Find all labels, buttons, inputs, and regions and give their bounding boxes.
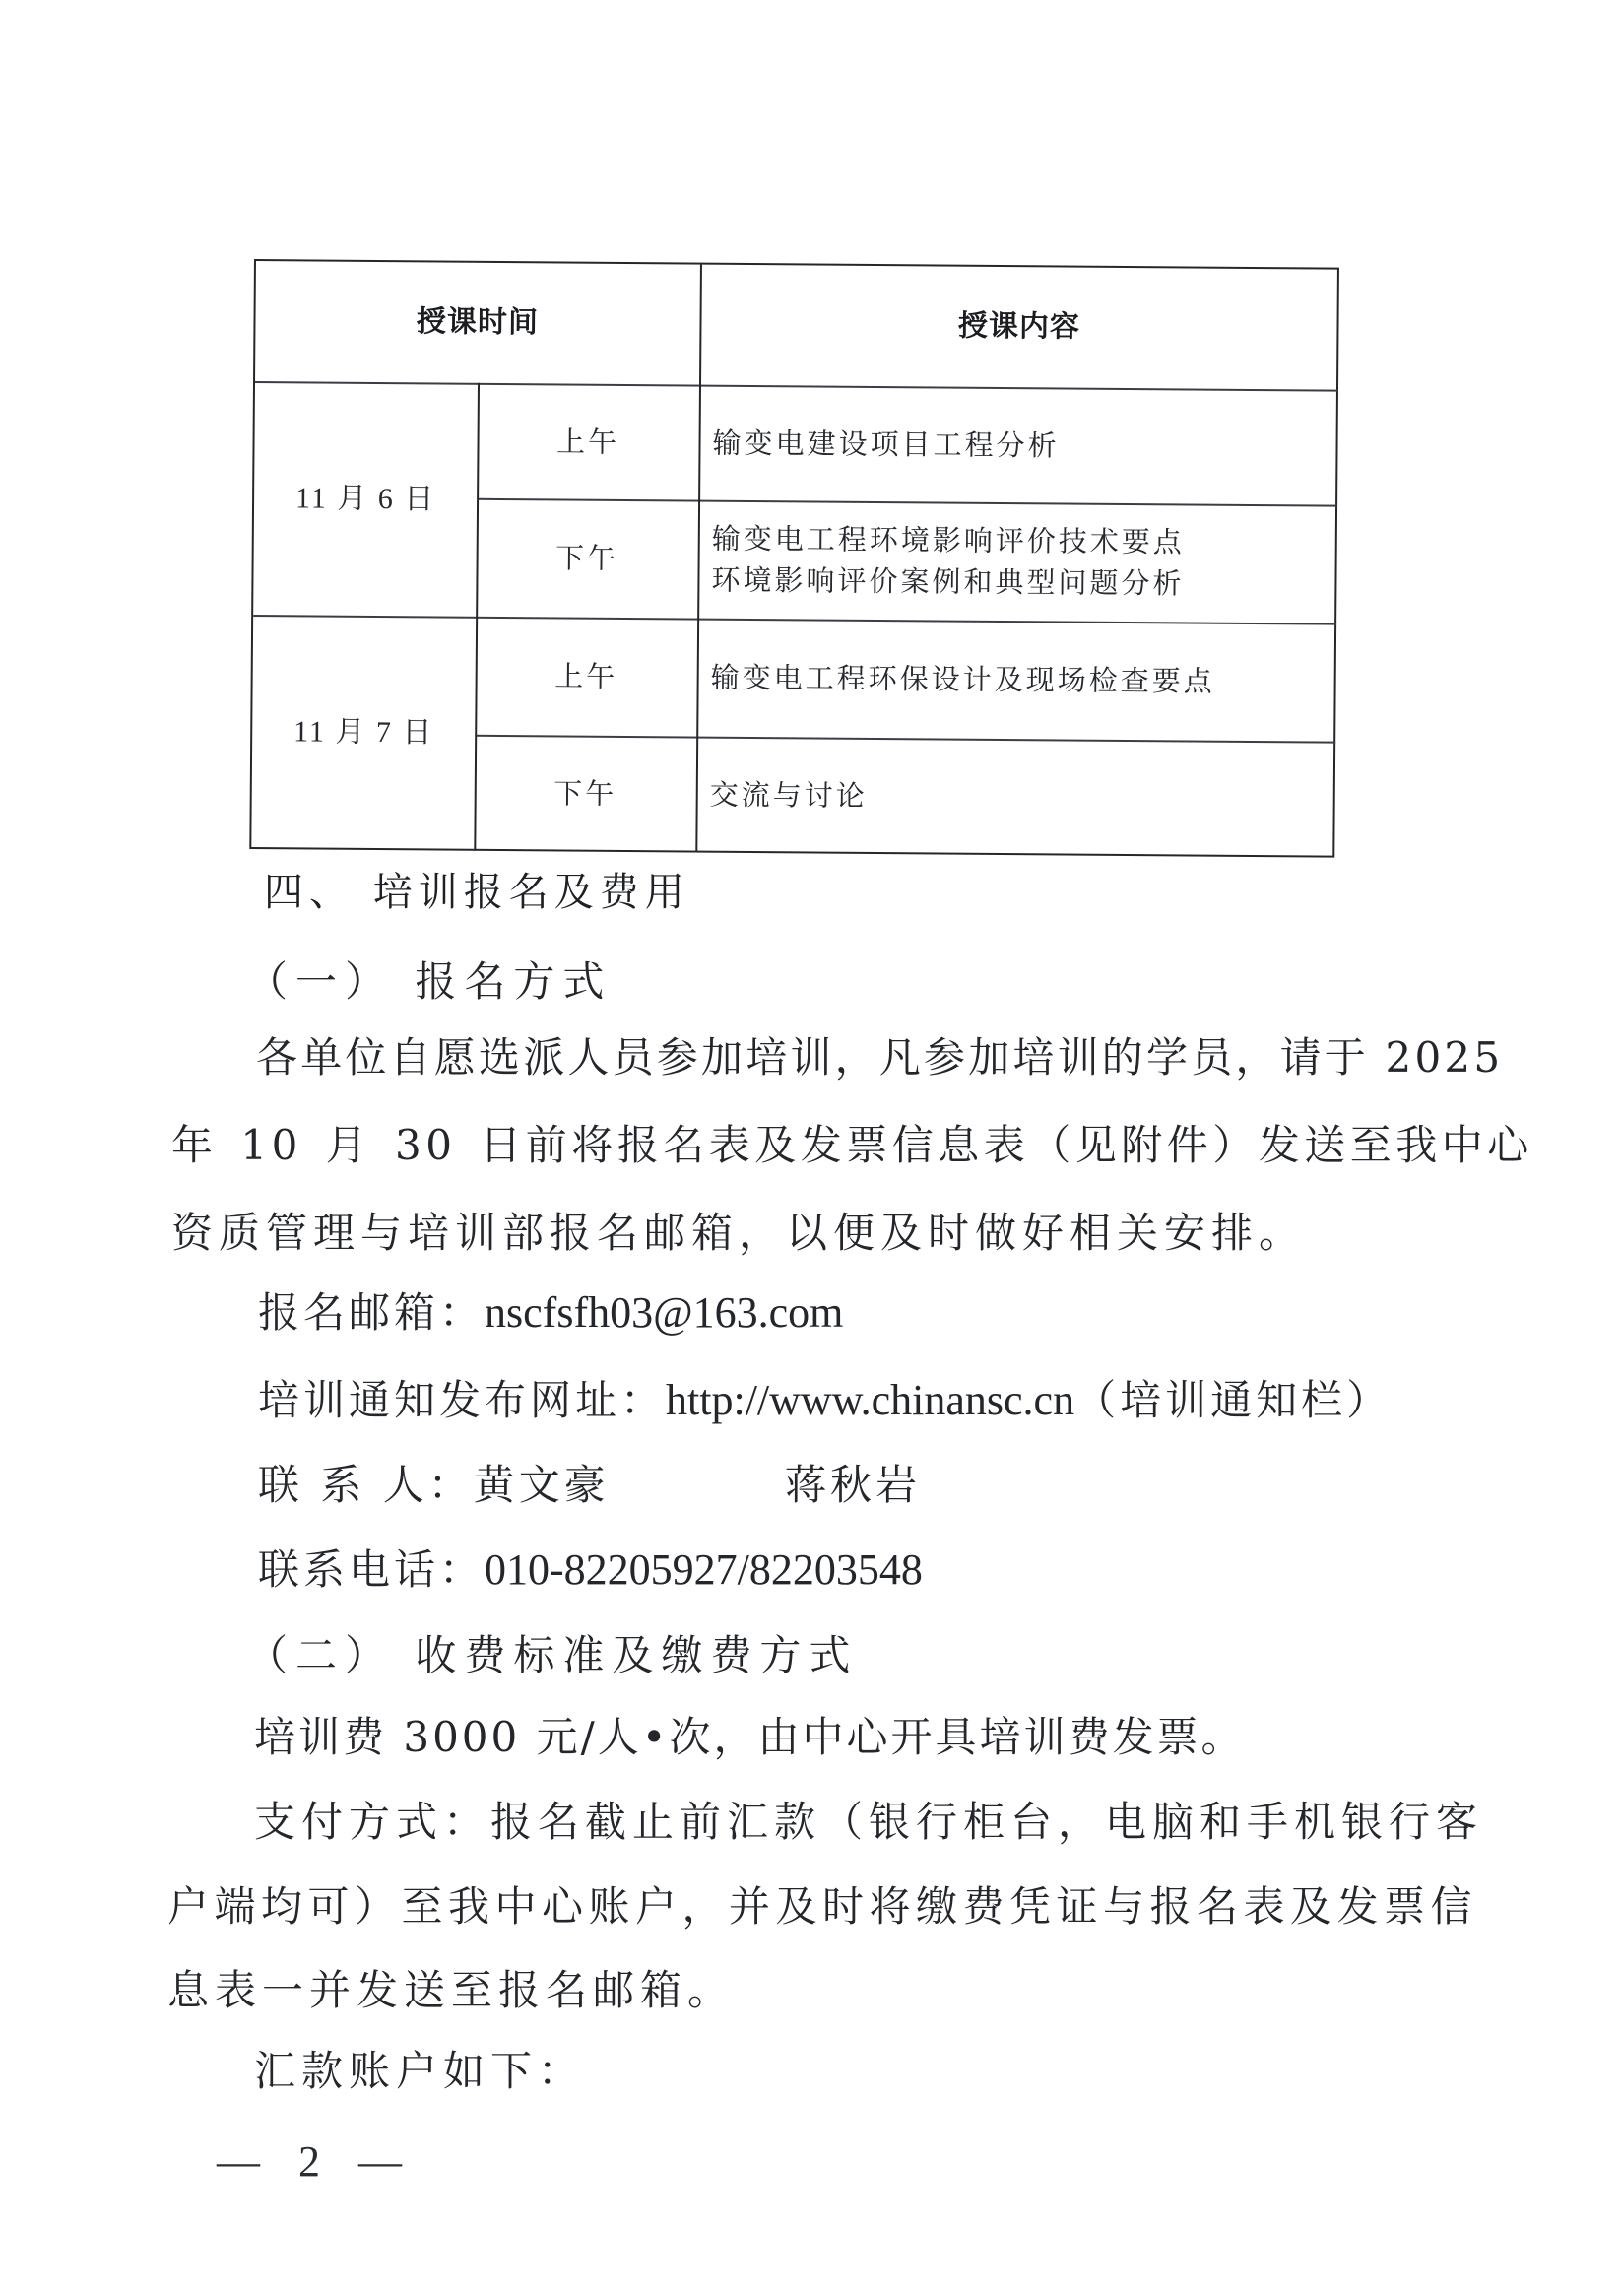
session-content: 输变电工程环境影响评价技术要点 — [712, 518, 1185, 563]
period-label: 下午 — [553, 772, 616, 815]
section-heading: 四、 培训报名及费用 — [264, 868, 690, 917]
fee-text: 培训费 3000 元/人•次，由中心开具培训费发票。 — [254, 1713, 1246, 1762]
date-label: 11 月 7 日 — [293, 711, 434, 754]
contact-name-second: 蒋秋岩 — [785, 1461, 921, 1510]
account-intro: 汇款账户如下： — [254, 2047, 585, 2096]
url-label: 培训通知发布网址： — [258, 1376, 666, 1424]
date-label: 11 月 6 日 — [295, 478, 436, 520]
header-time-label: 授课时间 — [417, 301, 539, 344]
table-date-cell: 11 月 7 日 — [251, 615, 476, 851]
subsection-heading-fees: （二） 收费标准及缴费方式 — [246, 1631, 858, 1680]
phone-label: 联系电话： — [258, 1545, 485, 1594]
paragraph-line: 支付方式：报名截止前汇款（银行柜台，电脑和手机银行客 — [254, 1798, 1483, 1847]
email-link[interactable]: nscfsfh03@163.com — [485, 1288, 843, 1337]
table-header-content: 授课内容 — [699, 265, 1339, 390]
table-content-cell: 输变电建设项目工程分析 — [698, 385, 1338, 505]
period-label: 下午 — [555, 537, 618, 579]
table-period-cell: 上午 — [477, 383, 699, 500]
table-date-cell: 11 月 6 日 — [253, 381, 478, 617]
table-content-cell: 交流与讨论 — [695, 737, 1335, 858]
phone-row: 联系电话：010-82205927/82203548 — [258, 1545, 923, 1595]
session-content: 环境影响评价案例和典型问题分析 — [711, 559, 1184, 605]
table-period-cell: 下午 — [476, 498, 698, 619]
table-content-cell: 输变电工程环保设计及现场检查要点 — [696, 619, 1336, 742]
url-row: 培训通知发布网址：http://www.chinansc.cn（培训通知栏） — [258, 1376, 1392, 1425]
paragraph-line: 各单位自愿选派人员参加培训，凡参加培训的学员，请于 2025 — [256, 1033, 1503, 1082]
table-header-time: 授课时间 — [255, 261, 700, 385]
session-content: 输变电工程环保设计及现场检查要点 — [711, 657, 1215, 702]
contact-label: 联 系 人： — [258, 1461, 474, 1509]
website-link[interactable]: http://www.chinansc.cn — [666, 1376, 1074, 1424]
paragraph-line: 户端均可）至我中心账户，并及时将缴费凭证与报名表及发票信 — [167, 1882, 1477, 1932]
table-content-cell: 输变电工程环境影响评价技术要点 环境影响评价案例和典型问题分析 — [697, 500, 1337, 623]
document-page: 授课时间 授课内容 11 月 6 日 上午 输变电建设项目工程分析 下午 输变电… — [0, 0, 1621, 2296]
paragraph-line: 息表一并发送至报名邮箱。 — [167, 1966, 735, 2015]
schedule-table: 授课时间 授课内容 11 月 6 日 上午 输变电建设项目工程分析 下午 输变电… — [249, 259, 1339, 858]
header-content-label: 授课内容 — [958, 306, 1080, 349]
session-content: 交流与讨论 — [710, 774, 868, 817]
session-content: 输变电建设项目工程分析 — [712, 422, 1059, 466]
email-label: 报名邮箱： — [258, 1288, 485, 1337]
contact-row: 联 系 人：黄文豪 — [258, 1461, 610, 1510]
paragraph-line: 资质管理与培训部报名邮箱，以便及时做好相关安排。 — [171, 1209, 1306, 1258]
period-label: 上午 — [554, 655, 617, 697]
subsection-heading-registration: （一） 报名方式 — [246, 957, 612, 1007]
page-number: — 2 — — [217, 2139, 416, 2185]
paragraph-line: 年 10 月 30 日前将报名表及发票信息表（见附件）发送至我中心 — [171, 1121, 1533, 1170]
table-period-cell: 下午 — [474, 735, 696, 853]
contact-name: 黄文豪 — [474, 1461, 610, 1509]
table-period-cell: 上午 — [475, 617, 697, 737]
email-row: 报名邮箱：nscfsfh03@163.com — [258, 1288, 843, 1338]
period-label: 上午 — [556, 421, 619, 463]
url-note: （培训通知栏） — [1074, 1376, 1392, 1424]
phone-number: 010-82205927/82203548 — [485, 1545, 923, 1594]
